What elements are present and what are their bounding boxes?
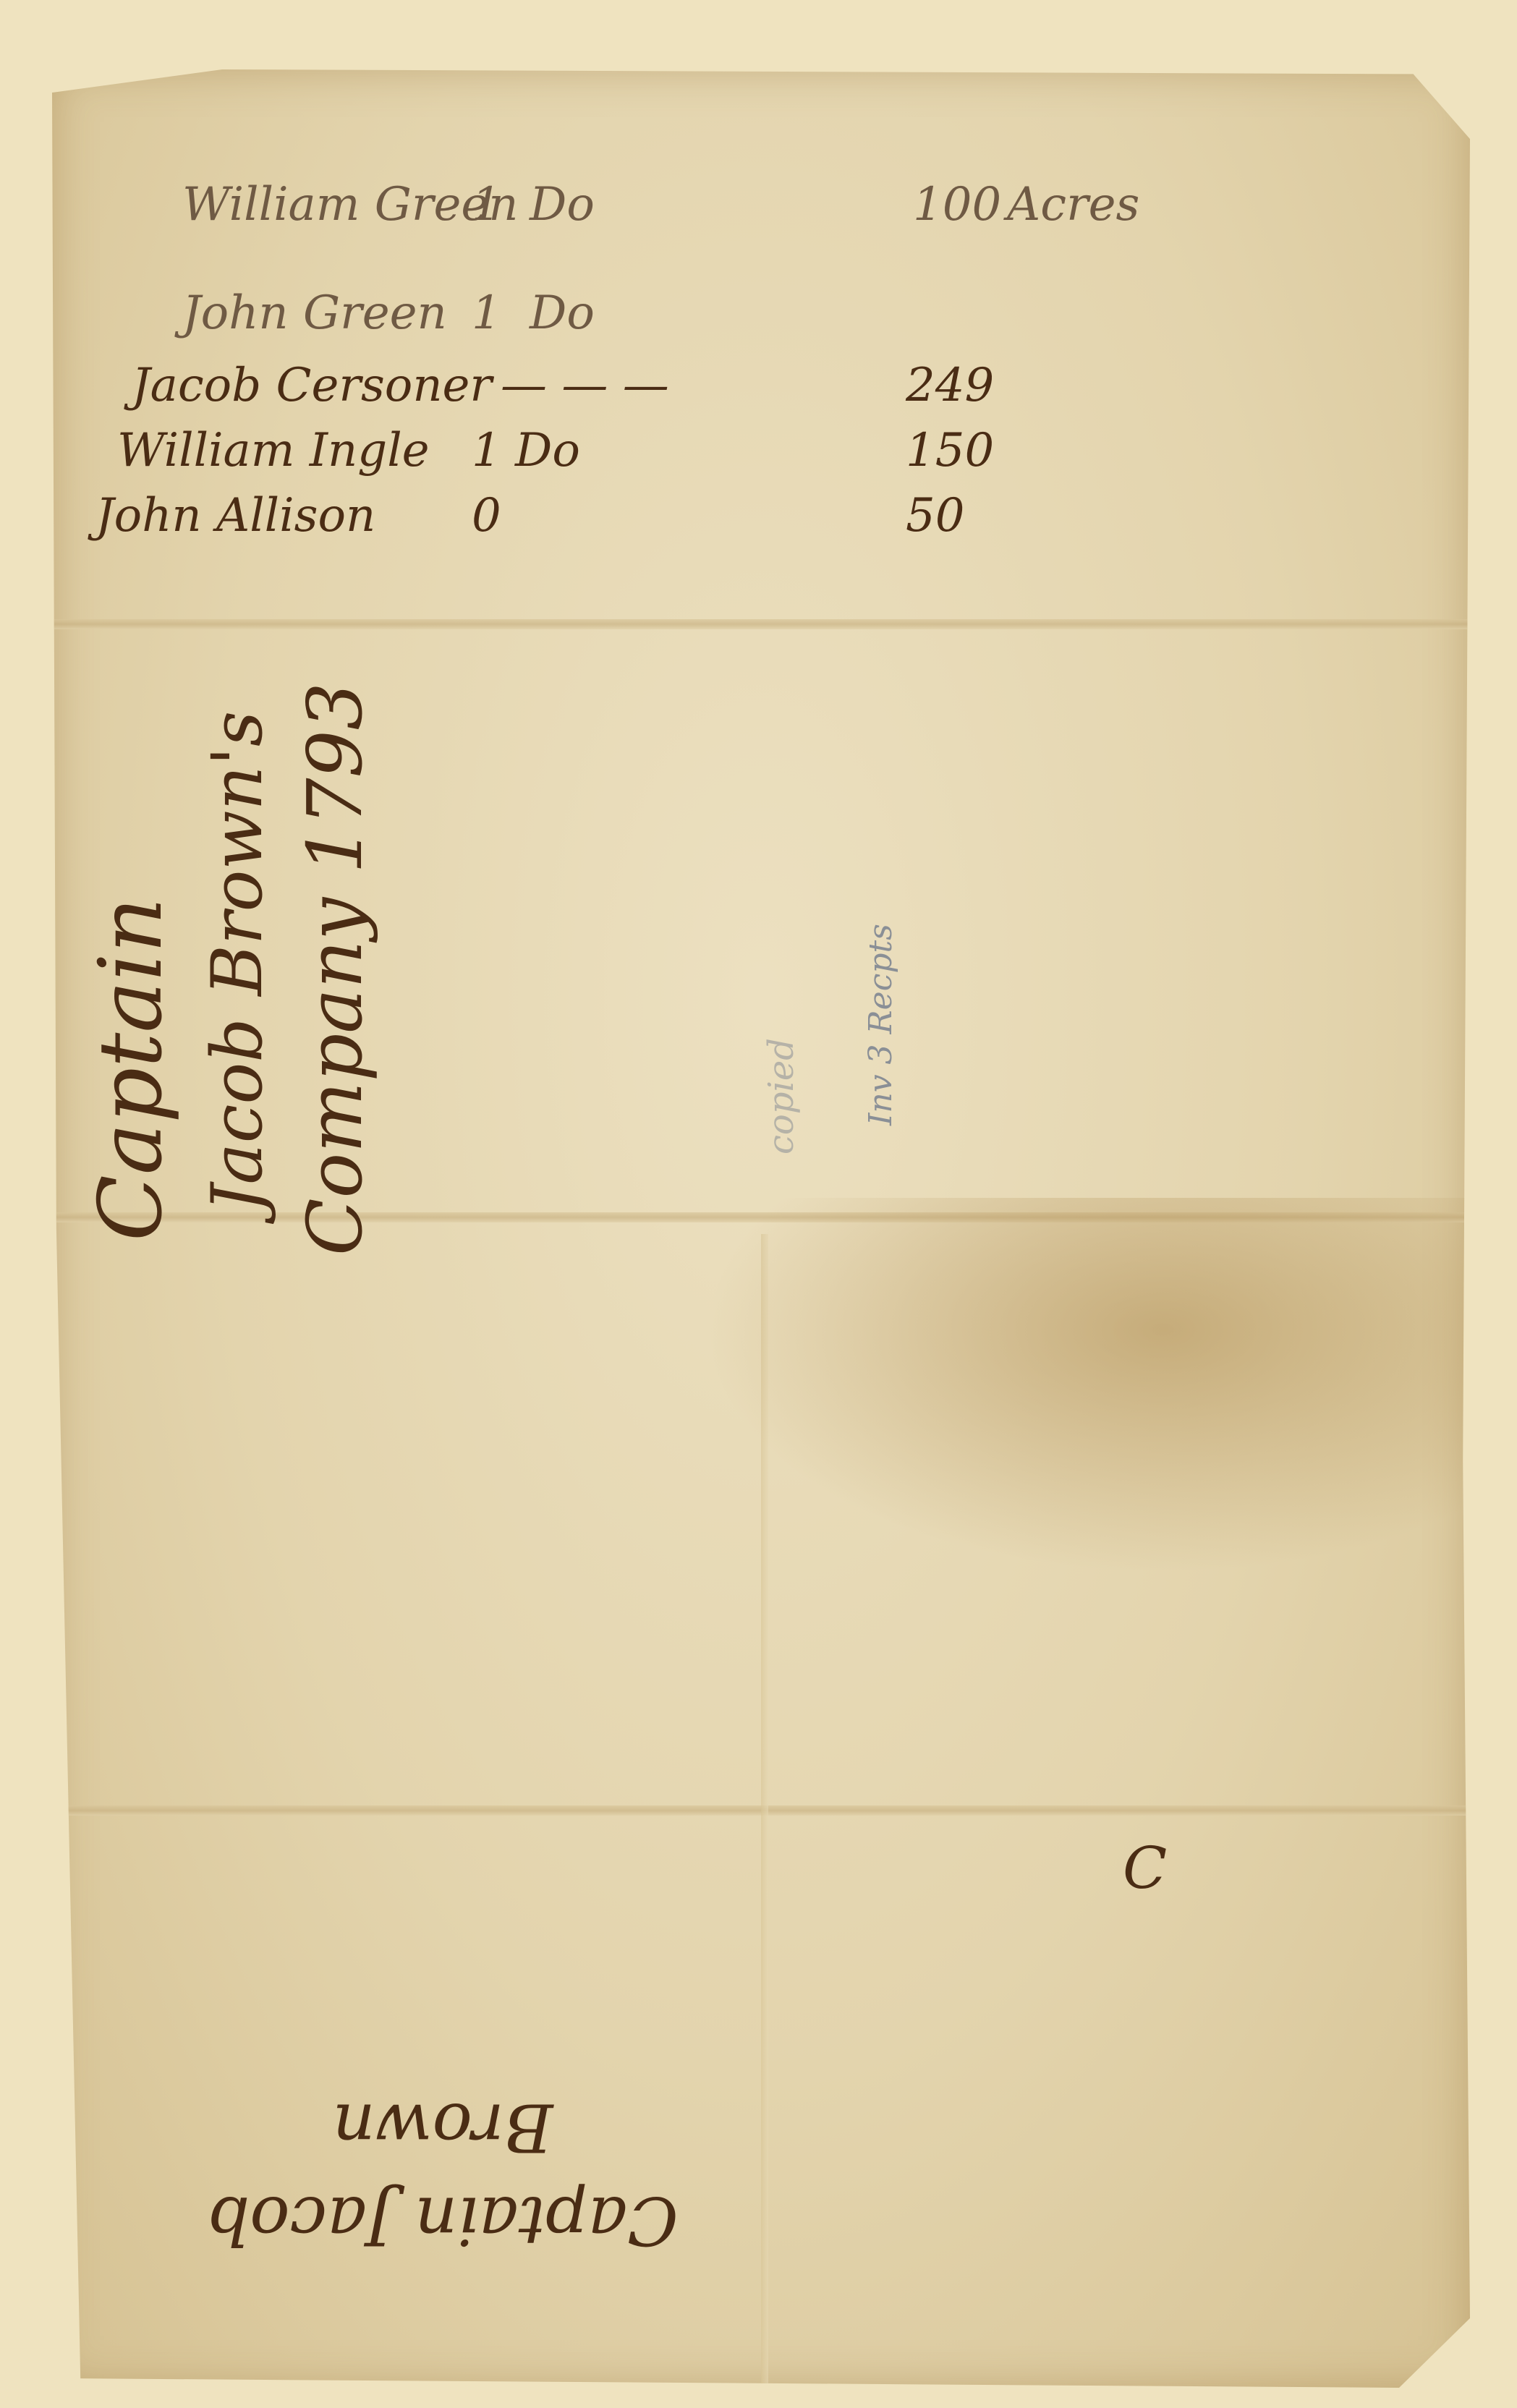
ledger-amount: 50 bbox=[906, 489, 964, 543]
ledger-name: William Green bbox=[182, 178, 518, 231]
ledger-name: John Green bbox=[182, 286, 447, 340]
inverted-address-line1: Captain Jacob bbox=[117, 2174, 768, 2267]
inverted-address: Captain Jacob Brown bbox=[117, 2080, 768, 2267]
pencil-note-inventory: Inv 3 Recpts bbox=[862, 924, 899, 1126]
foxing-stain bbox=[703, 1198, 1470, 1574]
ledger-amount: 150 bbox=[906, 424, 994, 477]
inverted-address-line2: Brown bbox=[117, 2080, 768, 2174]
fold-crease bbox=[52, 619, 1470, 629]
margin-mark: C bbox=[1123, 1834, 1167, 1902]
endorsement-line-name: Jacob Brown's bbox=[197, 711, 278, 1212]
ledger-name: John Allison bbox=[95, 489, 375, 543]
ledger-amount: 100 bbox=[913, 178, 1001, 231]
endorsement-line-company: Company 1793 bbox=[291, 682, 379, 1256]
ledger-name: William Ingle bbox=[117, 424, 430, 477]
pencil-note-copied: copied bbox=[761, 1038, 802, 1154]
ledger-name: Jacob Cersoner bbox=[132, 359, 492, 412]
document-page: William Green 1 Do 100 Acres John Green … bbox=[52, 69, 1470, 2388]
ledger-amount: 249 bbox=[906, 359, 994, 412]
endorsement-line-captain: Captain bbox=[81, 897, 182, 1241]
